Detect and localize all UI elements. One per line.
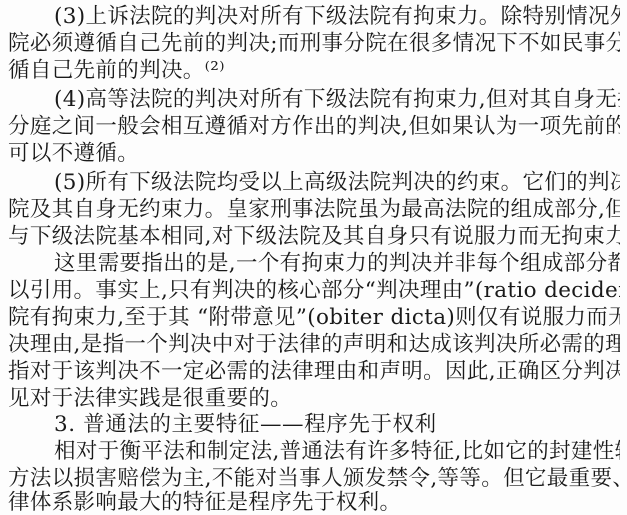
paragraph-ratio-line-2: 以引用。事实上,只有判决的核心部分“判决理由”(ratio decidendi)… [8,278,620,304]
document-page: (3)上诉法院的判决对所有下级法院有拘束力。除特别情况外,⁽¹⁾其民事分 院必须… [0,0,627,515]
paragraph-3-line-1: (3)上诉法院的判决对所有下级法院有拘束力。除特别情况外,⁽¹⁾其民事分 [54,4,620,30]
paragraph-4-line-1: (4)高等法院的判决对所有下级法院有拘束力,但对其自身无拘束力。不同 [54,87,620,113]
paragraph-4-line-3: 可以不遵循。 [8,141,620,167]
paragraph-ratio-line-3: 院有拘束力,至于其 “附带意见”(obiter dicta)则仅有说服力而无拘束… [8,305,620,331]
paragraph-ratio-line-6: 见对于法律实践是很重要的。 [8,386,620,412]
paragraph-features-line-1: 相对于衡平法和制定法,普通法有许多特征,比如它的封建性较重,它的保护 [54,439,620,465]
paragraph-3-line-3: 循自己先前的判决。⁽²⁾ [8,58,620,84]
paragraph-3-line-2: 院必须遵循自己先前的判决;而刑事分院在很多情况下不如民事分院那样严格遵 [8,31,620,57]
paragraph-5-line-2: 院及其自身无约束力。皇家刑事法院虽为最高法院的组成部分,但其判决的效力 [8,197,620,223]
paragraph-features-line-2: 方法以损害赔偿为主,不能对当事人颁发禁令,等等。但它最重要、对整个英国法 [8,466,620,492]
section-heading: 3. 普通法的主要特征——程序先于权利 [54,412,454,438]
paragraph-features-line-3: 律体系影响最大的特征是程序先于权利。 [8,490,620,515]
paragraph-5-line-3: 与下级法院基本相同,对下级法院及其自身只有说服力而无拘束力。 [8,224,620,250]
paragraph-ratio-line-4: 决理由,是指一个判决中对于法律的声明和达成该判决所必需的理由;附带意见是 [8,332,620,358]
paragraph-5-line-1: (5)所有下级法院均受以上高级法院判决的约束。它们的判决对其他任何法 [54,170,620,196]
paragraph-ratio-line-1: 这里需要指出的是,一个有拘束力的判决并非每个组成部分都可作为先例加 [54,251,620,277]
paragraph-ratio-line-5: 指对于该判决不一定必需的法律理由和声明。因此,正确区分判决理由和附带意 [8,359,620,385]
paragraph-4-line-2: 分庭之间一般会相互遵循对方作出的判决,但如果认为一项先前的判决有错误,则 [8,114,620,140]
